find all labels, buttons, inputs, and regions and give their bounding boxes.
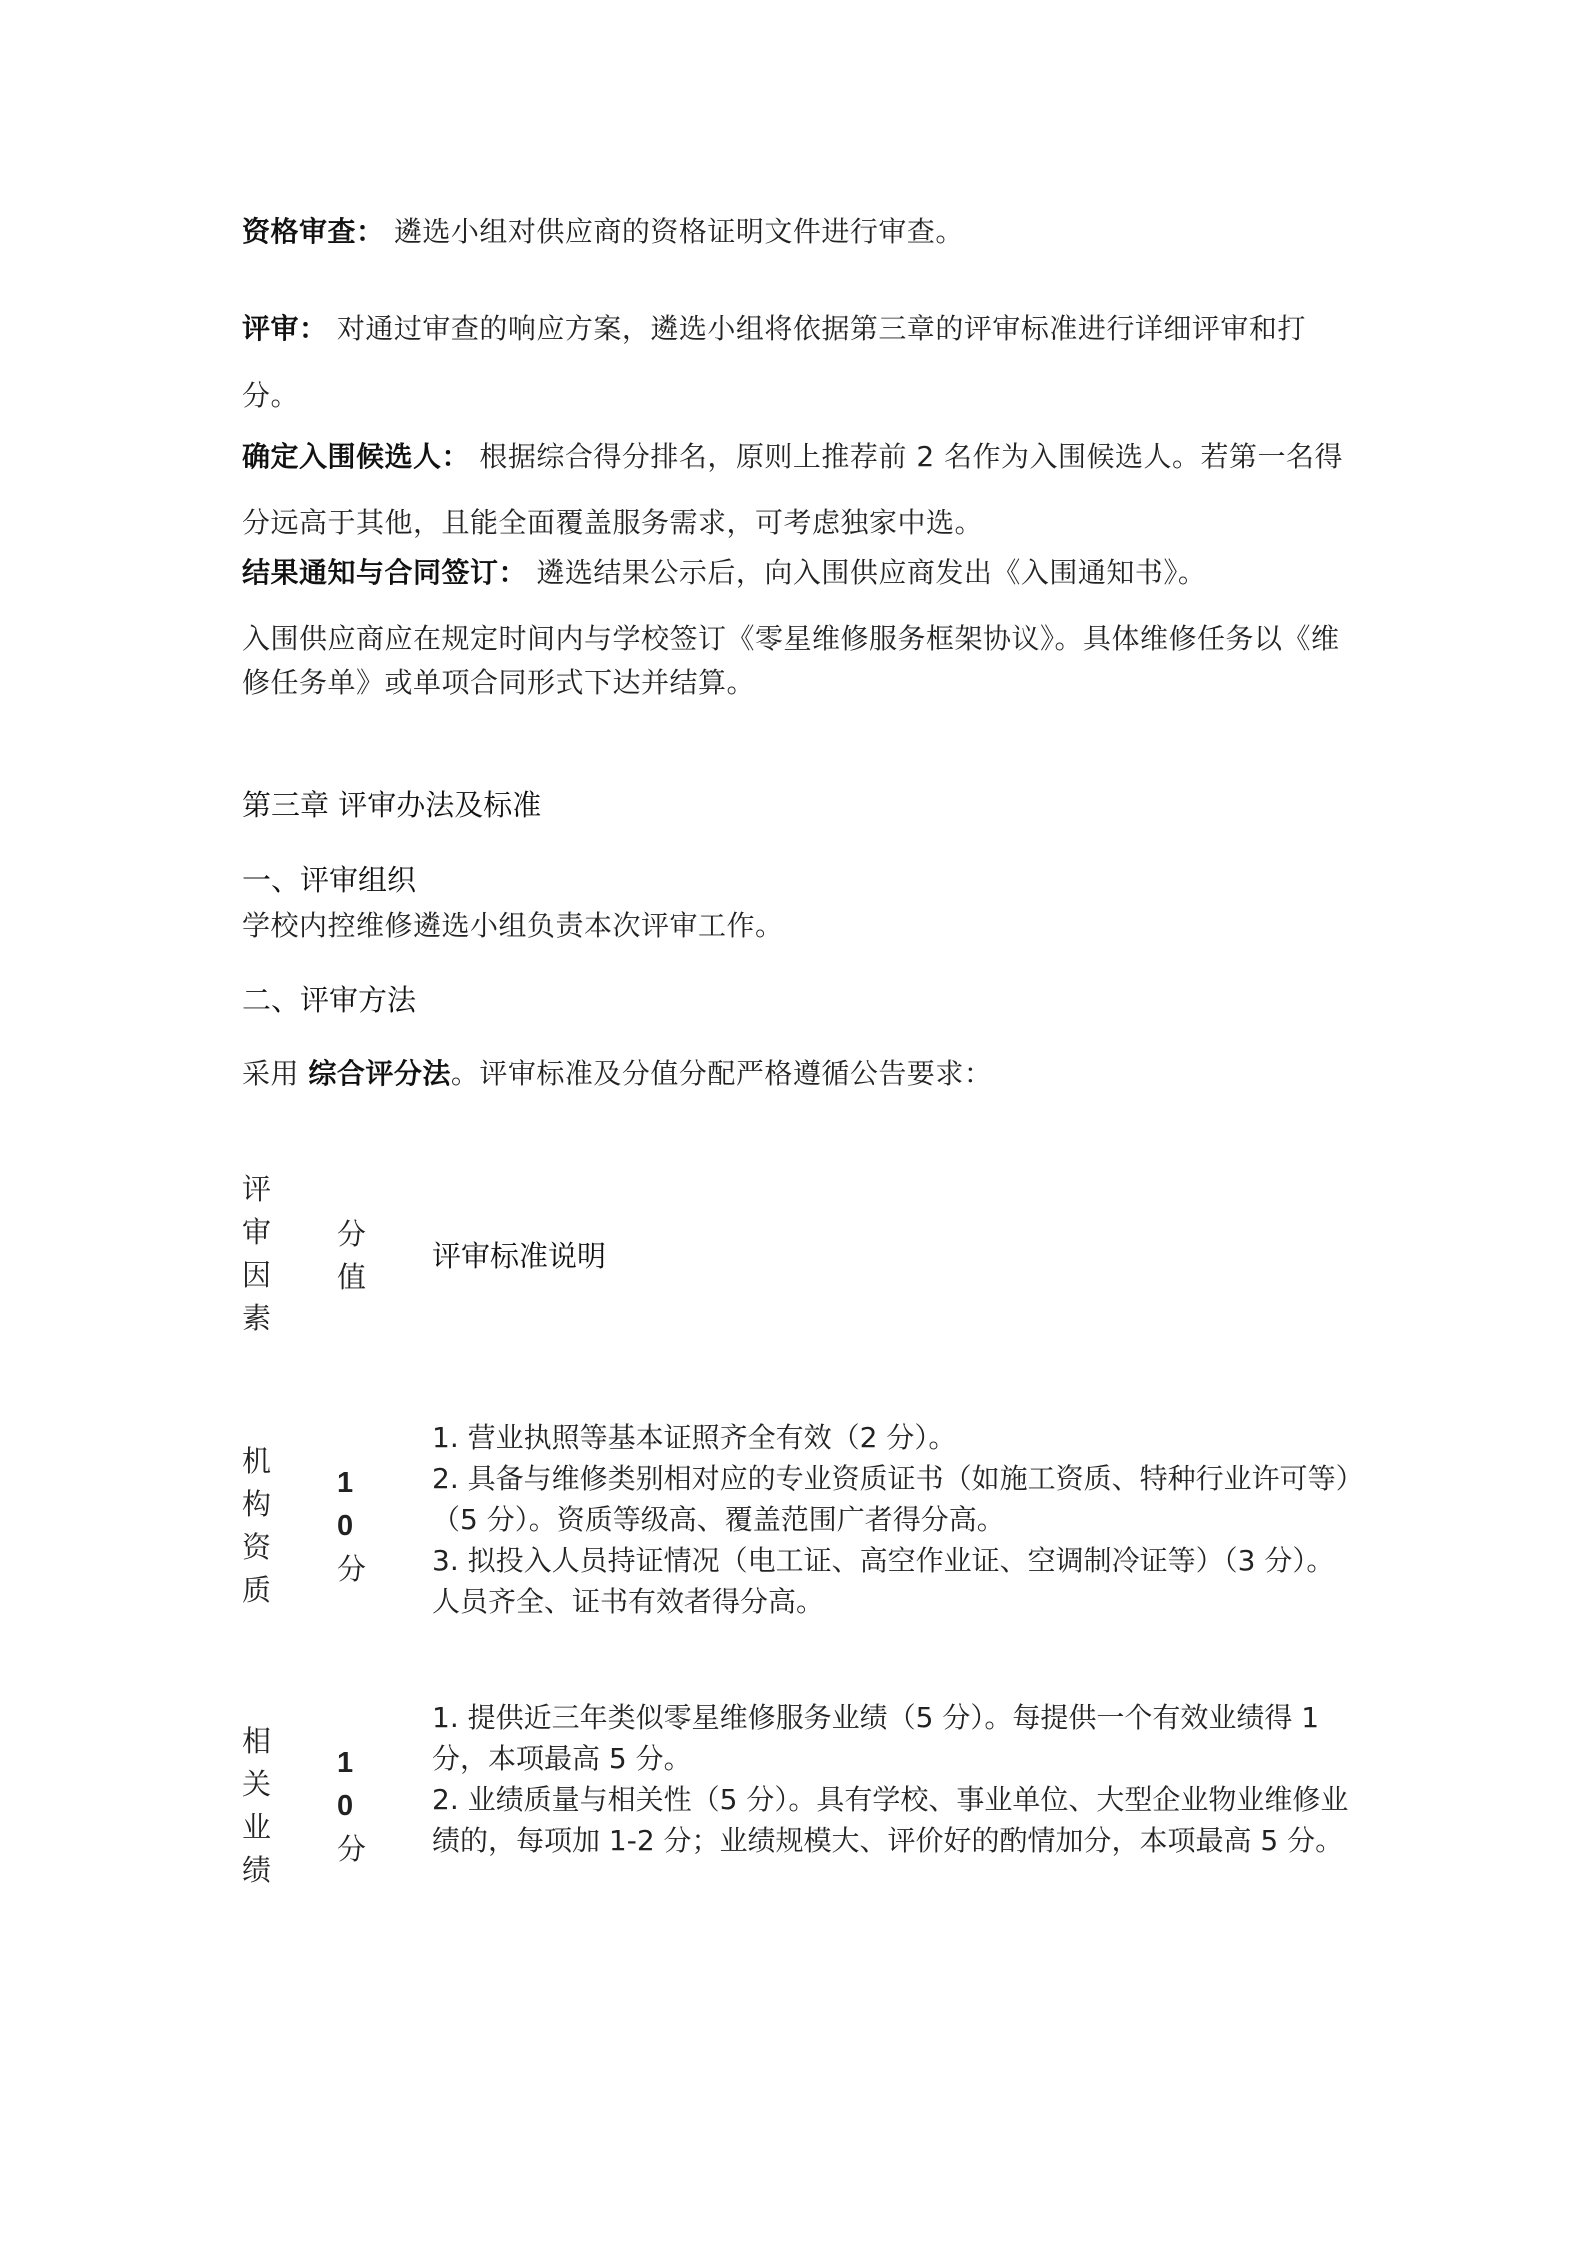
header-factor: 评 审 因 素 <box>242 1168 282 1340</box>
row-factor: 机 构 资 质 <box>242 1440 282 1612</box>
evaluation-paragraph: 评审： 对通过审查的响应方案，遴选小组将依据第三章的评审标准进行详细评审和打分。 <box>242 295 1357 429</box>
criteria-item: 3. 拟投入人员持证情况（电工证、高空作业证、空调制冷证等）（3 分）。人员齐全… <box>432 1540 1357 1622</box>
qualification-review-text: 遴选小组对供应商的资格证明文件进行审查。 <box>394 215 964 248</box>
result-notice-text: 遴选结果公示后，向入围供应商发出《入围通知书》。 <box>536 556 1206 589</box>
table-row: 相 关 业 绩 1 0 分 1. 提供近三年类似零星维修服务业绩（5 分）。每提… <box>242 1697 1357 1907</box>
result-notice-paragraph: 结果通知与合同签订： 遴选结果公示后，向入围供应商发出《入围通知书》。 <box>242 553 1357 593</box>
contract-signing-paragraph: 入围供应商应在规定时间内与学校签订《零星维修服务框架协议》。具体维修任务以《维修… <box>242 617 1357 705</box>
contract-signing-text: 入围供应商应在规定时间内与学校签订《零星维修服务框架协议》。具体维修任务以《维修… <box>242 622 1340 699</box>
header-score: 分 值 <box>337 1213 377 1299</box>
criteria-item: 2. 业绩质量与相关性（5 分）。具有学校、事业单位、大型企业物业维修业绩的，每… <box>432 1779 1357 1861</box>
row-score: 1 0 分 <box>337 1742 377 1871</box>
criteria-item: 2. 具备与维修类别相对应的专业资质证书（如施工资质、特种行业许可等）（5 分）… <box>432 1458 1357 1540</box>
criteria-item: 1. 提供近三年类似零星维修服务业绩（5 分）。每提供一个有效业绩得 1 分，本… <box>432 1697 1357 1779</box>
row-score: 1 0 分 <box>337 1462 377 1591</box>
result-notice-label: 结果通知与合同签订： <box>242 556 527 589</box>
evaluation-label: 评审： <box>242 312 328 345</box>
section-heading-organization: 一、评审组织 <box>242 860 416 900</box>
row-description: 1. 营业执照等基本证照齐全有效（2 分）。 2. 具备与维修类别相对应的专业资… <box>432 1417 1357 1622</box>
evaluation-text: 对通过审查的响应方案，遴选小组将依据第三章的评审标准进行详细评审和打分。 <box>242 312 1306 412</box>
qualification-review-label: 资格审查： <box>242 215 385 248</box>
method-paragraph: 采用 综合评分法。评审标准及分值分配严格遵循公告要求： <box>242 1054 1357 1094</box>
header-description: 评审标准说明 <box>432 1236 1357 1277</box>
method-suffix: 。评审标准及分值分配严格遵循公告要求： <box>451 1057 993 1090</box>
criteria-table-header: 评 审 因 素 分 值 评审标准说明 <box>242 1168 1357 1348</box>
table-row: 机 构 资 质 1 0 分 1. 营业执照等基本证照齐全有效（2 分）。 2. … <box>242 1417 1357 1627</box>
shortlist-label: 确定入围候选人： <box>242 440 470 473</box>
organization-text: 学校内控维修遴选小组负责本次评审工作。 <box>242 906 1357 946</box>
section-heading-method: 二、评审方法 <box>242 980 416 1020</box>
qualification-review-paragraph: 资格审查： 遴选小组对供应商的资格证明文件进行审查。 <box>242 212 1357 252</box>
row-description: 1. 提供近三年类似零星维修服务业绩（5 分）。每提供一个有效业绩得 1 分，本… <box>432 1697 1357 1861</box>
chapter-title: 第三章 评审办法及标准 <box>242 785 541 825</box>
method-name: 综合评分法 <box>308 1057 451 1090</box>
row-factor: 相 关 业 绩 <box>242 1720 282 1892</box>
shortlist-paragraph: 确定入围候选人： 根据综合得分排名，原则上推荐前 2 名作为入围候选人。若第一名… <box>242 424 1357 556</box>
criteria-item: 1. 营业执照等基本证照齐全有效（2 分）。 <box>432 1417 1357 1458</box>
method-prefix: 采用 <box>242 1057 308 1090</box>
